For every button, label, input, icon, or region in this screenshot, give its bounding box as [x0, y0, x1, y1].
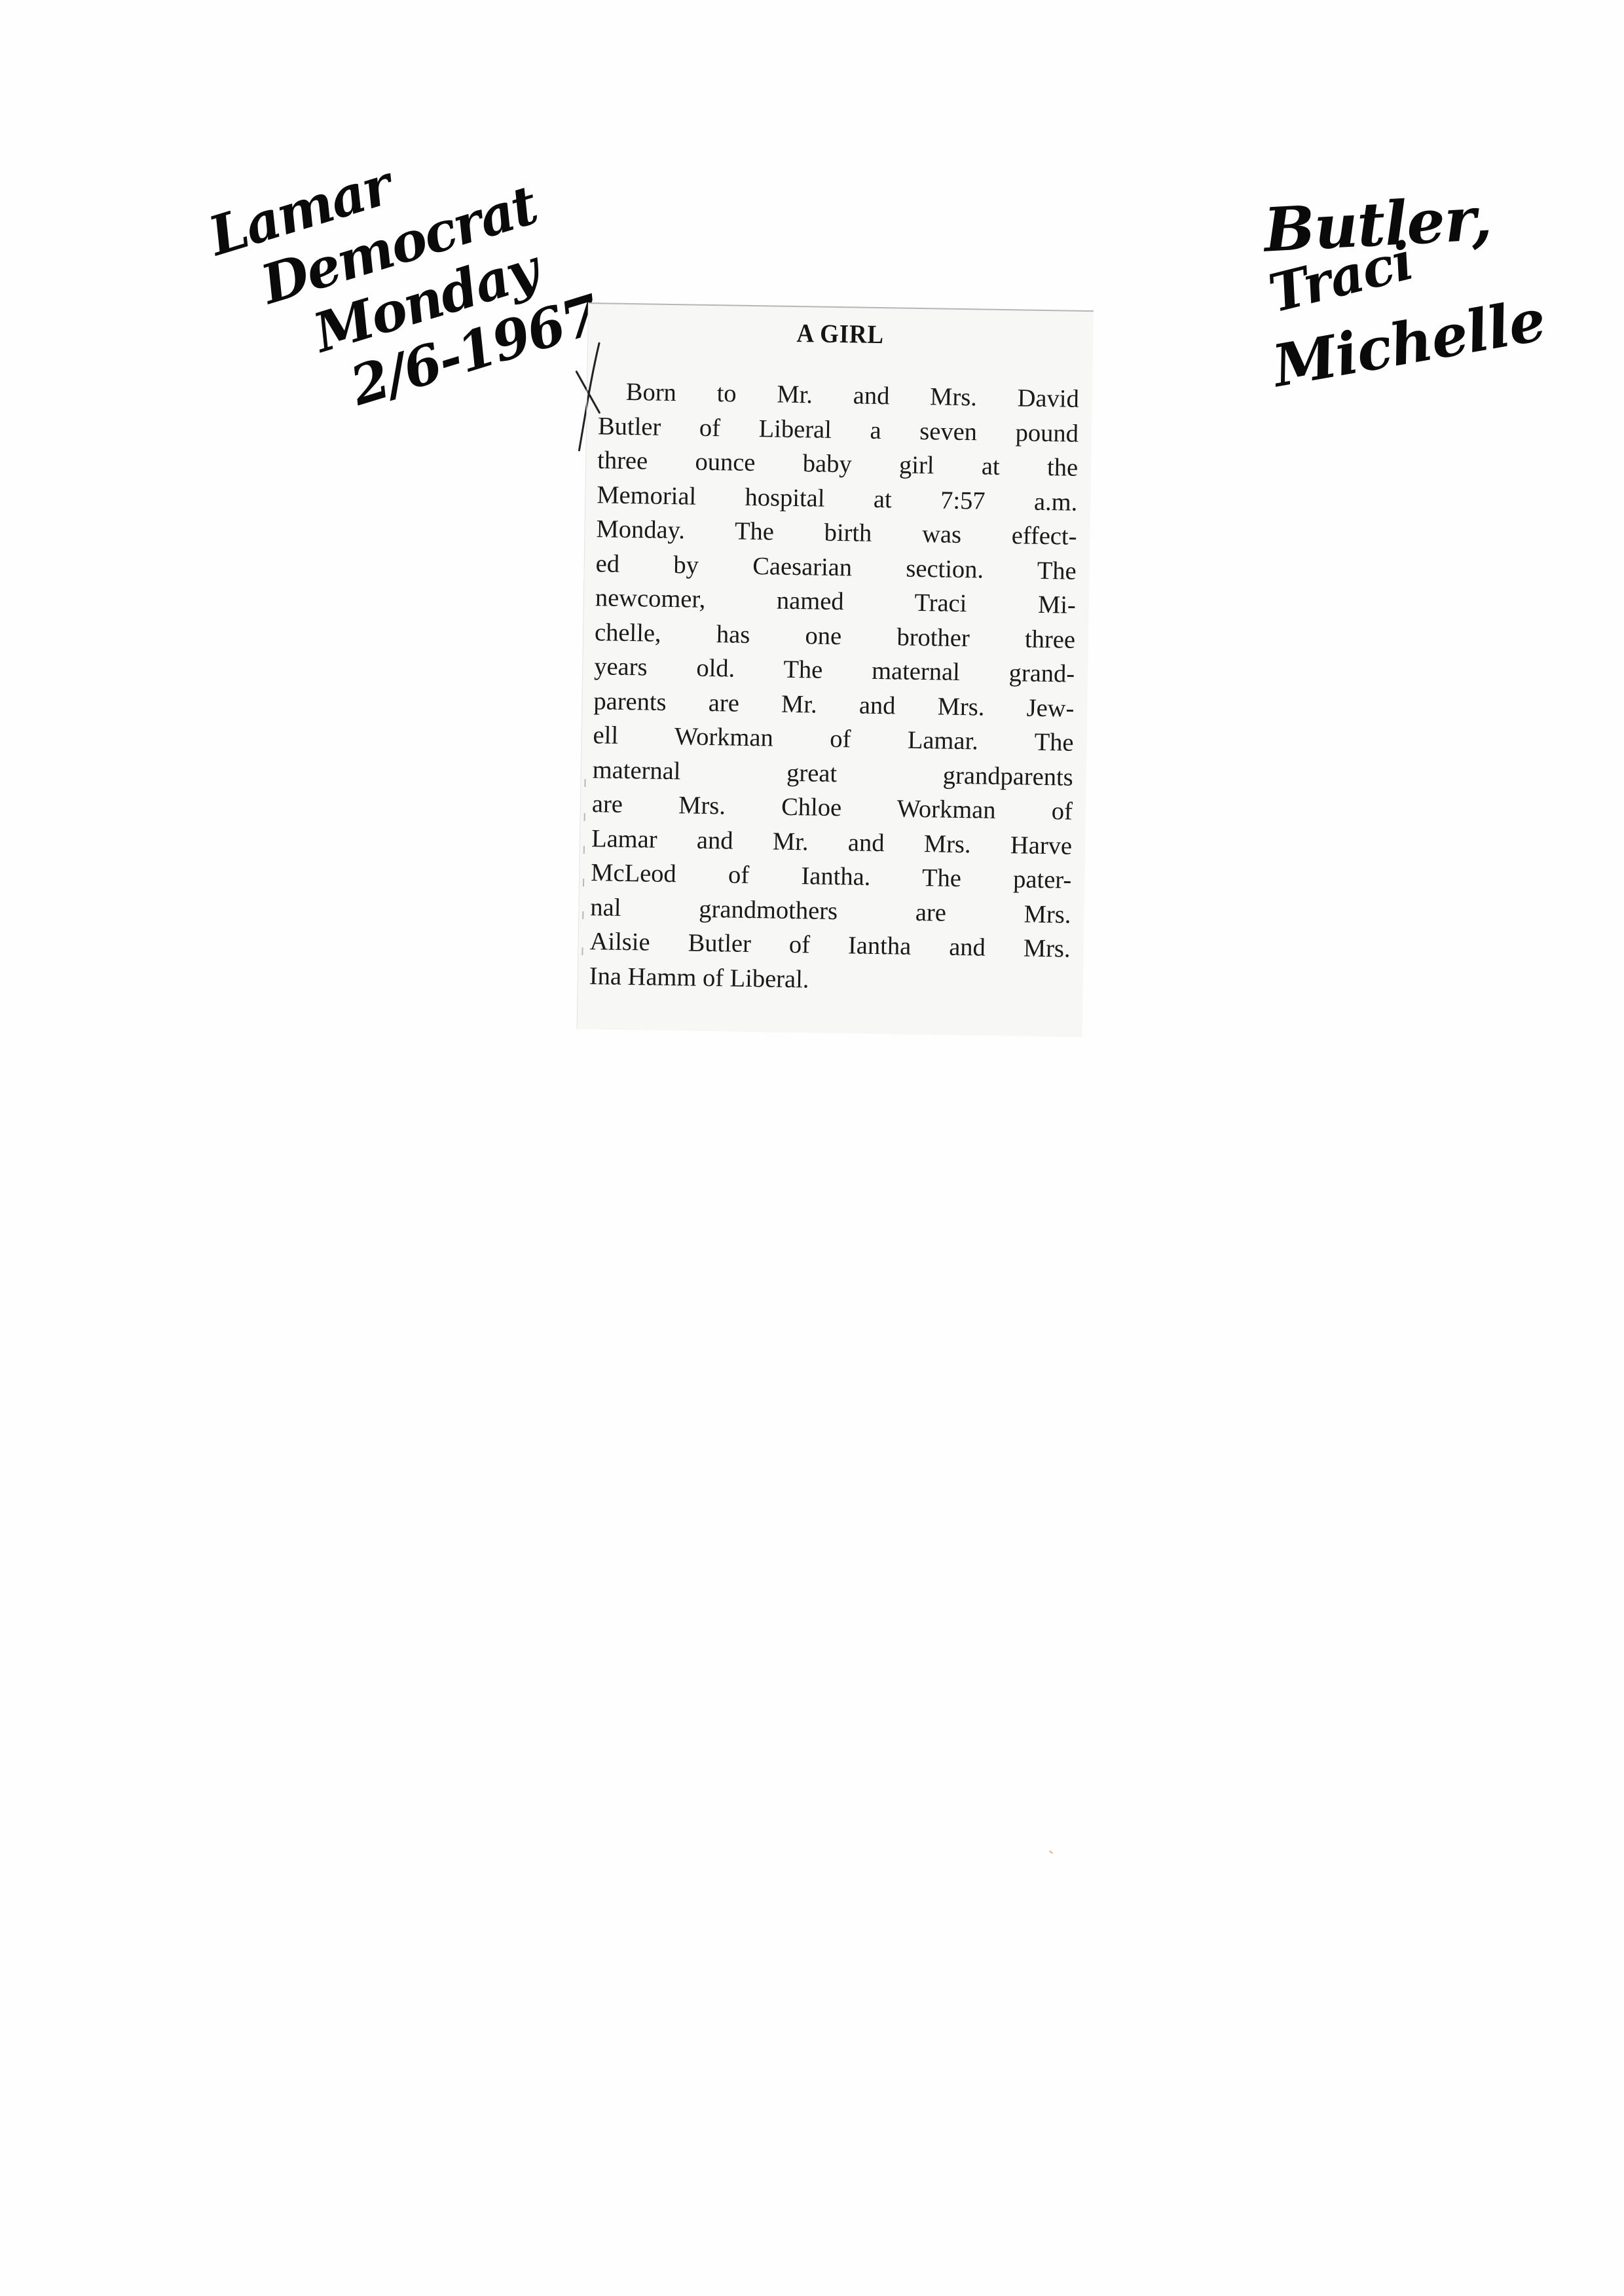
clipping-body: Born to Mr. and Mrs. David Butler of Lib… [589, 374, 1079, 1000]
handwritten-source-note: Lamar Democrat Monday 2/6-1967 [202, 113, 607, 509]
scan-artifact [584, 813, 585, 821]
scan-artifact [581, 947, 583, 955]
handwritten-name-note: Butler, Traci Michelle [1257, 187, 1559, 462]
scan-artifact [584, 779, 585, 787]
newspaper-clipping: A GIRL Born to Mr. and Mrs. David Butler… [577, 302, 1094, 1037]
scanned-page: Lamar Democrat Monday 2/6-1967 Butler, T… [0, 0, 1624, 2296]
scan-artifact [583, 879, 584, 886]
clipping-headline: A GIRL [608, 314, 1073, 352]
scan-speck [1049, 1850, 1053, 1853]
scan-artifact [582, 911, 583, 919]
scan-artifact [583, 846, 585, 854]
